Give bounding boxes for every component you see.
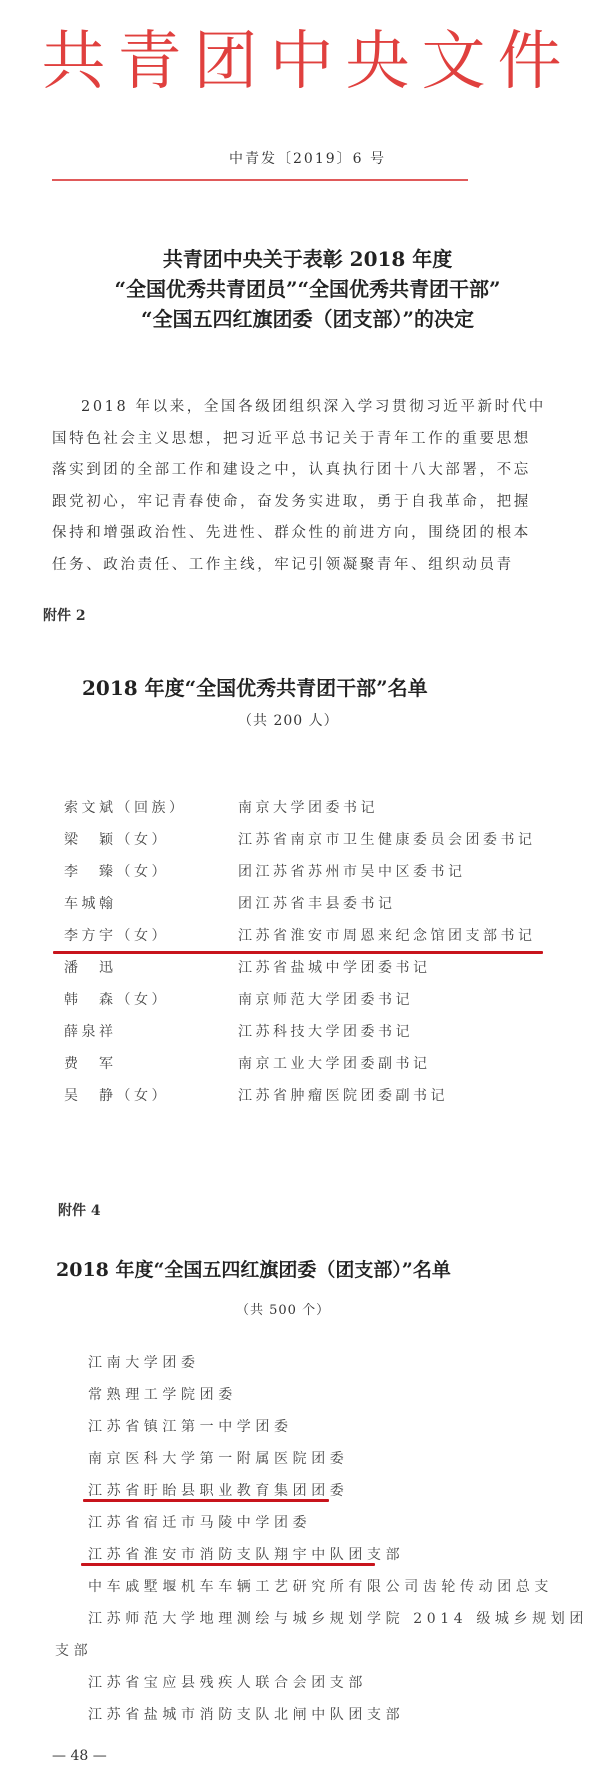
cadre-name: 索文斌（回族） <box>64 797 187 817</box>
document-number: 中青发〔2019〕6 号 <box>0 148 615 168</box>
decision-title-line: “全国五四红旗团委（团支部）”的决定 <box>0 304 615 334</box>
cadre-name: 李 臻（女） <box>64 861 169 881</box>
cadre-row: 潘 迅 江苏省盐城中学团委书记 <box>0 957 615 989</box>
org-item: 中车戚墅堰机车车辆工艺研究所有限公司齿轮传动团总支 <box>88 1576 553 1596</box>
paragraph-line: 跟党初心，牢记青春使命，奋发务实进取，勇于自我革命，把握 <box>52 487 544 519</box>
cadre-name: 车城翰 <box>64 893 117 913</box>
decision-title-line: “全国优秀共青团员”“全国优秀共青团干部” <box>0 274 615 304</box>
header-divider <box>52 179 468 181</box>
cadre-role: 江苏省淮安市周恩来纪念馆团支部书记 <box>238 925 536 945</box>
cadre-row: 李 臻（女） 团江苏省苏州市吴中区委书记 <box>0 861 615 893</box>
decision-paragraph: 2018 年以来，全国各级团组织深入学习贯彻习近平新时代中 国特色社会主义思想，… <box>52 392 544 581</box>
cadre-role: 江苏省盐城中学团委书记 <box>238 957 431 977</box>
page-number: — 48 — <box>52 1748 107 1764</box>
org-item: 江苏省盐城市消防支队北闸中队团支部 <box>88 1704 404 1724</box>
cadre-row: 费 军 南京工业大学团委副书记 <box>0 1053 615 1085</box>
document-masthead: 共青团中央文件 <box>0 22 615 102</box>
org-item: 江苏省镇江第一中学团委 <box>88 1416 293 1436</box>
attachment-2-label: 附件 2 <box>43 605 86 625</box>
attachment-4-title: 2018 年度“全国五四红旗团委（团支部）”名单 <box>56 1255 451 1282</box>
cadre-name: 李方宇（女） <box>64 925 169 945</box>
paragraph-line: 保持和增强政治性、先进性、群众性的前进方向，围绕团的根本 <box>52 518 544 550</box>
paragraph-line: 2018 年以来，全国各级团组织深入学习贯彻习近平新时代中 <box>52 392 544 424</box>
cadre-role: 江苏科技大学团委书记 <box>238 1021 413 1041</box>
cadre-row: 韩 森（女） 南京师范大学团委书记 <box>0 989 615 1021</box>
org-item-highlighted: 江苏省盱眙县职业教育集团团委 <box>88 1480 348 1500</box>
decision-title: 共青团中央关于表彰 2018 年度 “全国优秀共青团员”“全国优秀共青团干部” … <box>0 244 615 334</box>
attachment-4-count: （共 500 个） <box>236 1299 330 1318</box>
cadre-row: 梁 颖（女） 江苏省南京市卫生健康委员会团委书记 <box>0 829 615 861</box>
cadre-row: 吴 静（女） 江苏省肿瘤医院团委副书记 <box>0 1085 615 1117</box>
org-item-continuation: 支部 <box>55 1640 92 1660</box>
cadre-role: 南京师范大学团委书记 <box>238 989 413 1009</box>
cadre-name: 韩 森（女） <box>64 989 169 1009</box>
cadre-name: 费 军 <box>64 1053 117 1073</box>
org-item: 南京医科大学第一附属医院团委 <box>88 1448 348 1468</box>
cadre-role: 团江苏省苏州市吴中区委书记 <box>238 861 466 881</box>
org-item: 江南大学团委 <box>88 1352 200 1372</box>
paragraph-line: 国特色社会主义思想，把习近平总书记关于青年工作的重要思想 <box>52 424 544 456</box>
cadre-role: 团江苏省丰县委书记 <box>238 893 396 913</box>
cadre-name: 潘 迅 <box>64 957 117 977</box>
cadre-name: 吴 静（女） <box>64 1085 169 1105</box>
org-item-highlighted: 江苏省淮安市消防支队翔宇中队团支部 <box>88 1544 404 1564</box>
cadre-name: 梁 颖（女） <box>64 829 169 849</box>
attachment-2-count: （共 200 人） <box>238 710 339 730</box>
attachment-2-title: 2018 年度“全国优秀共青团干部”名单 <box>82 672 428 701</box>
highlight-underline <box>83 1499 329 1502</box>
paragraph-line: 任务、政治责任、工作主线，牢记引领凝聚青年、组织动员青 <box>52 550 544 582</box>
decision-title-line: 共青团中央关于表彰 2018 年度 <box>0 244 615 274</box>
cadre-role: 南京大学团委书记 <box>238 797 378 817</box>
org-item: 江苏省宝应县残疾人联合会团支部 <box>88 1672 367 1692</box>
highlight-underline <box>81 1563 375 1566</box>
cadre-row: 索文斌（回族） 南京大学团委书记 <box>0 797 615 829</box>
cadre-role: 江苏省肿瘤医院团委副书记 <box>238 1085 448 1105</box>
org-item: 常熟理工学院团委 <box>88 1384 237 1404</box>
paragraph-line: 落实到团的全部工作和建设之中，认真执行团十八大部署，不忘 <box>52 455 544 487</box>
cadre-name: 薛泉祥 <box>64 1021 117 1041</box>
cadre-role: 南京工业大学团委副书记 <box>238 1053 431 1073</box>
attachment-4-label: 附件 4 <box>58 1200 101 1220</box>
highlight-underline <box>53 951 543 954</box>
cadre-role: 江苏省南京市卫生健康委员会团委书记 <box>238 829 536 849</box>
org-item: 江苏省宿迁市马陵中学团委 <box>88 1512 311 1532</box>
cadre-row: 车城翰 团江苏省丰县委书记 <box>0 893 615 925</box>
org-item: 江苏师范大学地理测绘与城乡规划学院 2014 级城乡规划团 <box>88 1608 588 1628</box>
cadre-row: 薛泉祥 江苏科技大学团委书记 <box>0 1021 615 1053</box>
